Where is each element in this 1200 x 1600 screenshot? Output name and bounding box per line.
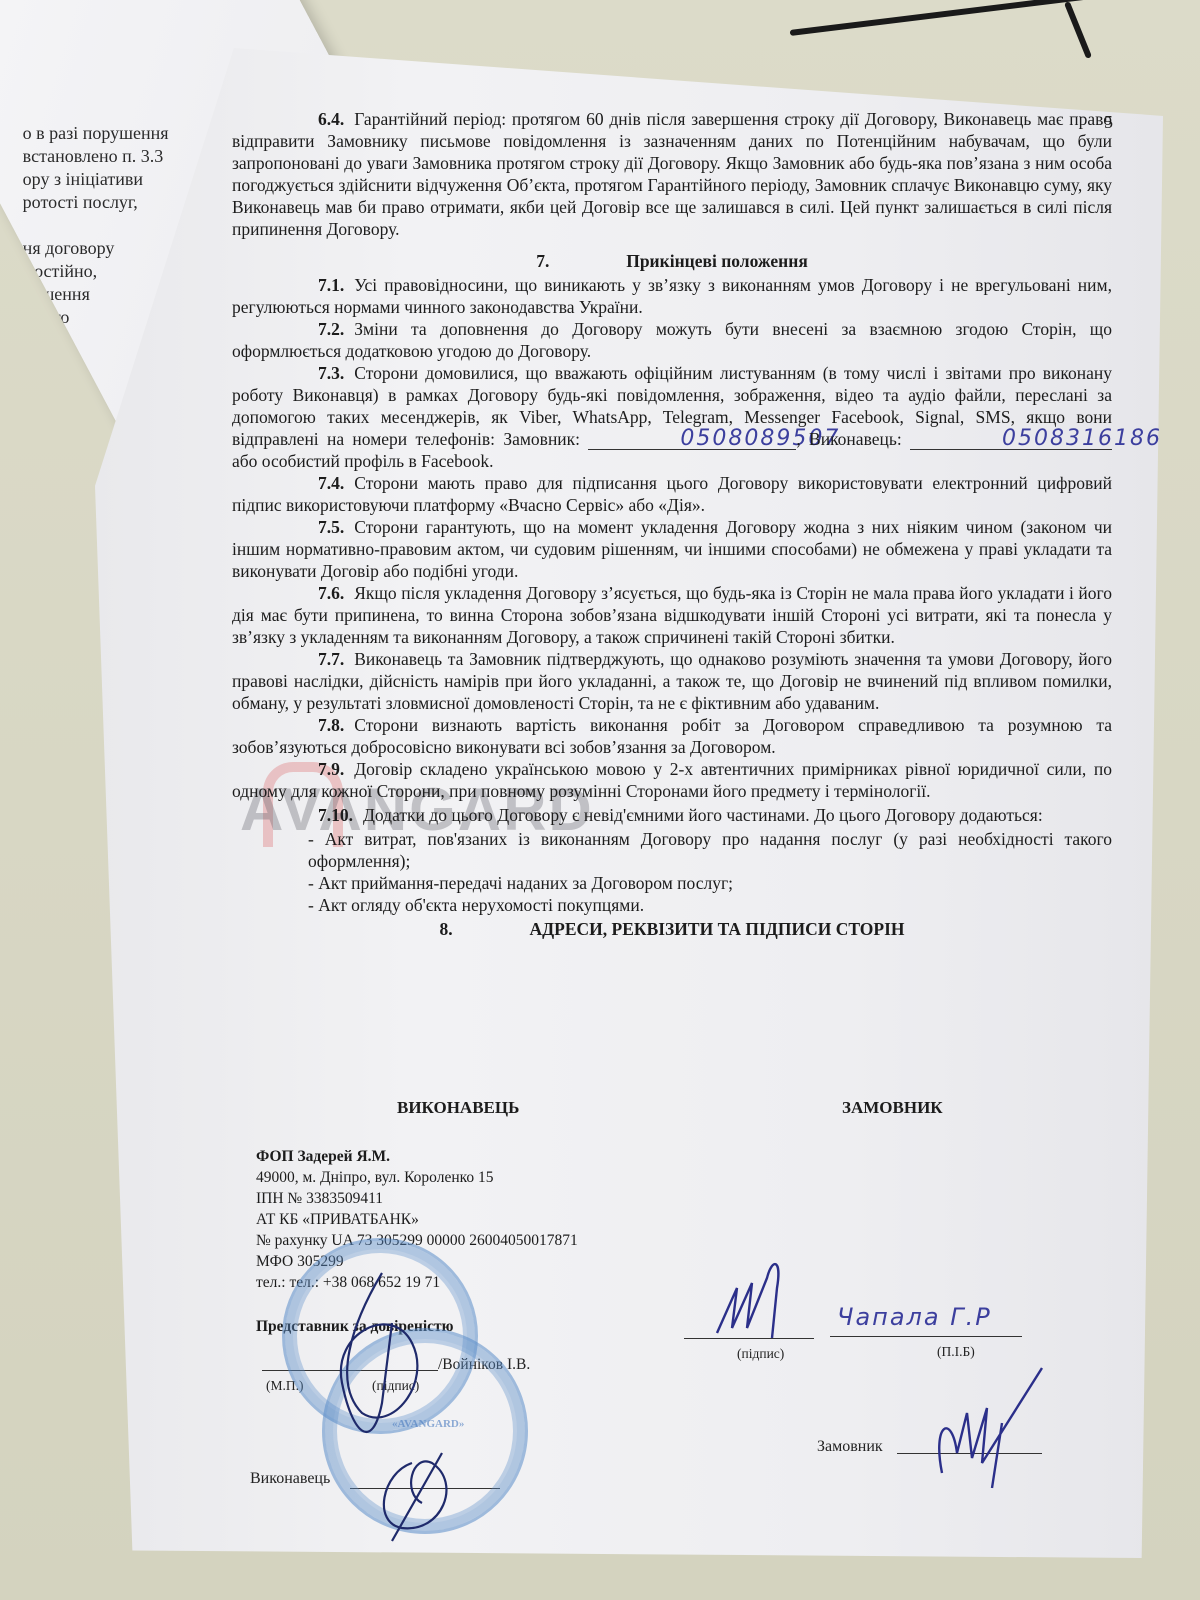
cable [1064, 1, 1092, 59]
clause-7-9: 7.9.Договір складено українською мовою у… [232, 758, 1112, 802]
customer-bottom-signature-line [897, 1453, 1042, 1454]
customer-signature-line [684, 1338, 814, 1339]
customer-heading: ЗАМОВНИК [842, 1098, 943, 1118]
customer-signature-label: (підпис) [737, 1346, 784, 1362]
executor-bottom-label: Виконавець [250, 1470, 330, 1488]
annex-item: - Акт приймання-передачі наданих за Дого… [308, 872, 1112, 894]
customer-phone-field: 0508089507 [588, 429, 796, 450]
clause-7-2: 7.2.Зміни та доповнення до Договору можу… [232, 318, 1112, 362]
stamp-text: «AVANGARD» [392, 1418, 464, 1430]
clause-7-3: 7.3.Сторони домовилися, що вважають офіц… [232, 362, 1112, 472]
annex-item: - Акт витрат, пов'язаних із виконанням Д… [308, 828, 1112, 872]
executor-heading: ВИКОНАВЕЦЬ [397, 1098, 519, 1118]
clause-7-7: 7.7.Виконавець та Замовник підтверджують… [232, 648, 1112, 714]
section-7-title: 7.Прикінцеві положення [232, 250, 1112, 272]
executor-bank: АТ КБ «ПРИВАТБАНК» [256, 1209, 578, 1230]
executor-address: 49000, м. Дніпро, вул. Короленко 15 [256, 1167, 578, 1188]
executor-stamp [322, 1328, 528, 1534]
clause-7-4: 7.4.Сторони мають право для підписання ц… [232, 472, 1112, 516]
customer-handwritten-name: Чапала Г.Р [837, 1303, 992, 1331]
clause-6-4: 6.4.Гарантійний період: протягом 60 днів… [232, 108, 1112, 240]
annex-list: - Акт витрат, пов'язаних із виконанням Д… [232, 828, 1112, 916]
clause-7-5: 7.5.Сторони гарантують, що на момент укл… [232, 516, 1112, 582]
customer-bottom-label: Замовник [817, 1438, 883, 1456]
document-body: 6.4.Гарантійний період: протягом 60 днів… [232, 108, 1112, 942]
clause-7-6: 7.6.Якщо після укладення Договору з’ясує… [232, 582, 1112, 648]
customer-name-line [830, 1336, 1022, 1337]
annex-item: - Акт огляду об'єкта нерухомості покупця… [308, 894, 1112, 916]
executor-name: ФОП Задерей Я.М. [256, 1146, 578, 1167]
clause-7-8: 7.8.Сторони визнають вартість виконання … [232, 714, 1112, 758]
clause-7-1: 7.1.Усі правовідносини, що виникають у з… [232, 274, 1112, 318]
clause-7-10: 7.10.Додатки до цього Договору є невід'є… [232, 802, 1112, 828]
executor-phone-field: 0508316186 [910, 429, 1112, 450]
customer-name-label: (П.І.Б) [937, 1344, 975, 1360]
section-8-title: 8.АДРЕСИ, РЕКВІЗИТИ ТА ПІДПИСИ СТОРІН [232, 918, 1112, 940]
executor-ipn: ІПН № 3383509411 [256, 1188, 578, 1209]
